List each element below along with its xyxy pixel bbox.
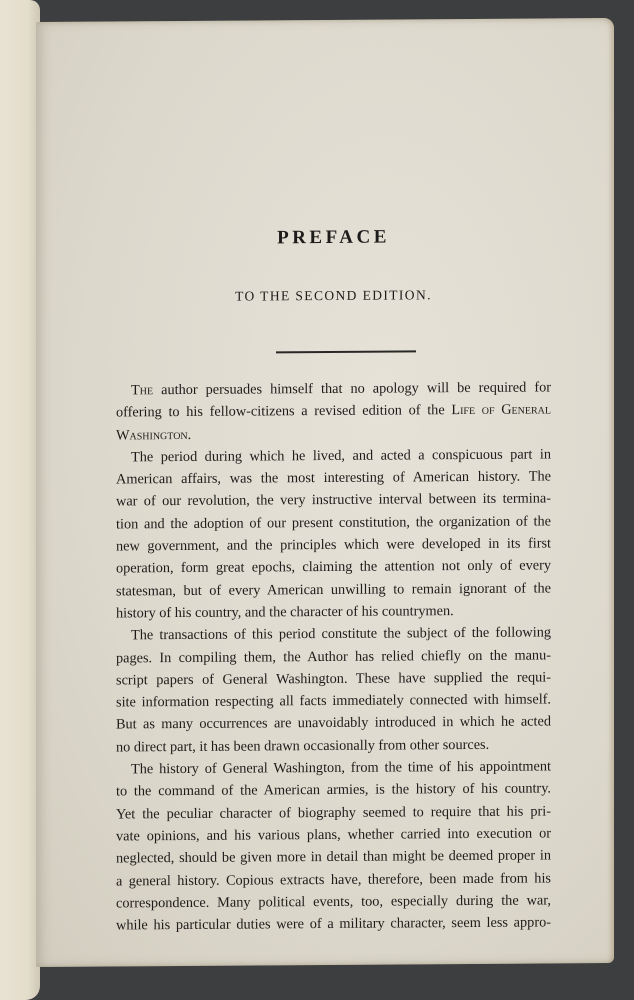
text-line: war of our revolution, the very instruct…: [116, 488, 551, 513]
text-line: no direct part, it has been drawn occasi…: [116, 733, 551, 758]
text-line: a general history. Copious extracts have…: [116, 867, 551, 892]
text-line: statesman, but of every American unwilli…: [116, 577, 551, 602]
paragraph-3: The transactions of this period constitu…: [116, 622, 551, 759]
text-line: history of his country, and the characte…: [116, 599, 551, 624]
line-text: offering to his fellow-citizens a revise…: [116, 402, 451, 420]
book-title-small-caps: Life of General: [451, 402, 551, 419]
preface-body: The author persuades himself that no apo…: [116, 376, 551, 936]
text-line: The transactions of this period constitu…: [116, 622, 551, 647]
text-line: The period during which he lived, and ac…: [116, 443, 551, 468]
text-line: vate opinions, and his various plans, wh…: [116, 822, 551, 847]
text-line: But as many occurrences are unavoidably …: [116, 711, 551, 736]
text-line: Washington.: [116, 421, 551, 446]
text-line: American affairs, was the most interesti…: [116, 466, 551, 491]
text-line: new government, and the principles which…: [116, 533, 551, 558]
page-title: PREFACE: [116, 225, 551, 250]
text-line: The author persuades himself that no apo…: [116, 376, 551, 401]
text-line: Yet the peculiar character of biography …: [116, 800, 551, 825]
title-rule-divider: [276, 350, 416, 352]
book-title-small-caps: Washington: [116, 427, 188, 444]
page-subtitle: TO THE SECOND EDITION.: [116, 286, 551, 305]
small-caps-lead: The: [131, 382, 153, 398]
left-page-edge: [0, 0, 40, 1000]
text-line: The history of General Washington, from …: [116, 755, 551, 780]
text-line: to the command of the American armies, i…: [116, 778, 551, 803]
book-page: PREFACE TO THE SECOND EDITION. The autho…: [36, 18, 614, 967]
text-line: script papers of General Washington. The…: [116, 666, 551, 691]
text-line: offering to his fellow-citizens a revise…: [116, 399, 551, 424]
text-line: pages. In compiling them, the Author has…: [116, 644, 551, 669]
text-line: while his particular duties were of a mi…: [116, 912, 551, 937]
paragraph-1: The author persuades himself that no apo…: [116, 376, 551, 446]
text-line: tion and the adoption of our present con…: [116, 510, 551, 535]
text-line: correspondence. Many political events, t…: [116, 889, 551, 914]
text-line: neglected, should be given more in detai…: [116, 845, 551, 870]
text-line: operation, form great epochs, claiming t…: [116, 555, 551, 580]
page-content: PREFACE TO THE SECOND EDITION. The autho…: [116, 18, 551, 21]
line-text: .: [188, 427, 192, 443]
text-line: site information respecting all facts im…: [116, 689, 551, 714]
line-text: author persuades himself that no apology…: [153, 379, 551, 398]
paragraph-2: The period during which he lived, and ac…: [116, 443, 551, 624]
paragraph-4: The history of General Washington, from …: [116, 755, 551, 936]
